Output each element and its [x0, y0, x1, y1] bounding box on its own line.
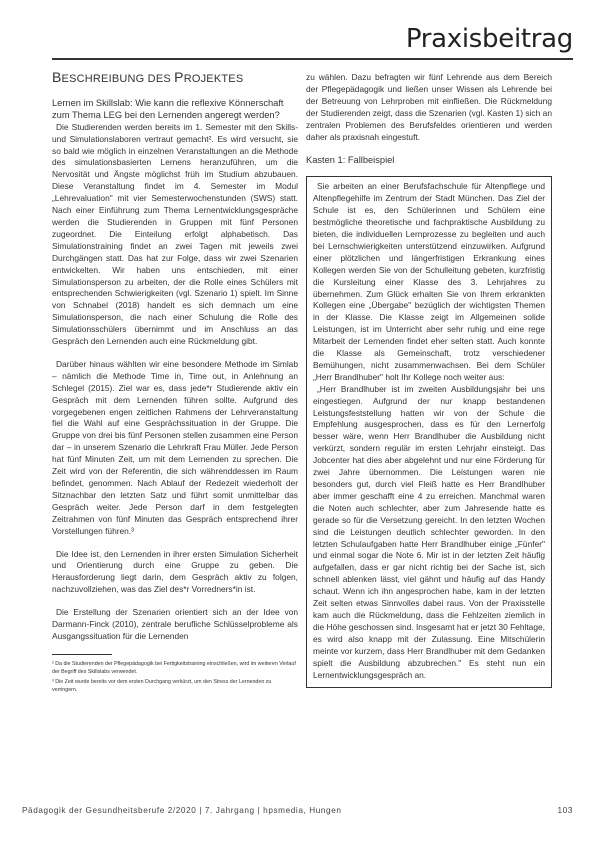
page-section-title: Praxisbeitrag	[406, 24, 573, 54]
subsection-heading: Lernen im Skillslab: Wie kann die reflex…	[52, 98, 298, 122]
page-number: 103	[558, 806, 573, 815]
heading-initial-2: P	[174, 69, 184, 85]
section-heading: Beschreibung des Projektes	[52, 72, 298, 86]
footnote-divider	[52, 654, 112, 655]
box-paragraph: Sie arbeiten an einer Berufsfachschule f…	[313, 181, 545, 383]
body-paragraph: Die Idee ist, den Lernenden in ihrer ers…	[52, 549, 298, 597]
footnote: ³ Die Zeit wurde bereits vor dem ersten …	[52, 678, 298, 694]
left-column: Beschreibung des Projektes Lernen im Ski…	[52, 72, 298, 696]
box-title: Kasten 1: Fallbeispiel	[306, 155, 552, 167]
heading-initial-1: B	[52, 69, 62, 85]
body-paragraph: Die Studierenden werden bereits im 1. Se…	[52, 122, 298, 348]
heading-rest-1: eschreibung des	[62, 73, 175, 85]
page-footer: Pädagogik der Gesundheitsberufe 2/2020 |…	[22, 806, 573, 815]
body-paragraph: Darüber hinaus wählten wir eine besonder…	[52, 359, 298, 538]
right-column: zu wählen. Dazu befragten wir fünf Lehre…	[306, 72, 552, 688]
body-paragraph: zu wählen. Dazu befragten wir fünf Lehre…	[306, 72, 552, 143]
journal-info: Pädagogik der Gesundheitsberufe 2/2020 |…	[22, 806, 342, 815]
body-paragraph: Die Erstellung der Szenarien orientiert …	[52, 607, 298, 643]
case-study-box: Sie arbeiten an einer Berufsfachschule f…	[306, 176, 552, 688]
box-paragraph: „Herr Brandlhuber ist im zweiten Ausbild…	[313, 384, 545, 682]
heading-rest-2: rojektes	[184, 73, 244, 85]
footnote: ² Da die Studierenden der Pflegepädagogi…	[52, 660, 298, 676]
header-divider	[52, 58, 573, 60]
